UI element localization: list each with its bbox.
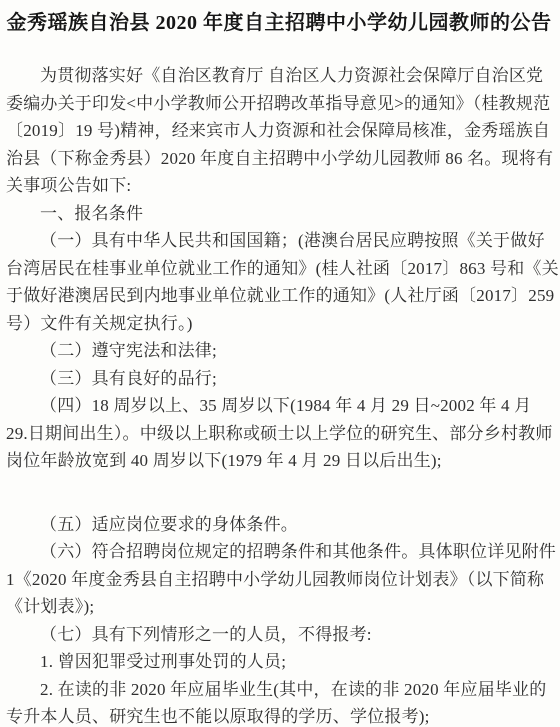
text-line: 29.日期间出生）。中级以上职称或硕士以上学位的研究生、部分乡村教师 [6,420,552,448]
text-line: 号）文件有关规定执行。) [6,310,552,338]
text-line: （六）符合招聘岗位规定的招聘条件和其他条件。具体职位详见附件 [6,538,552,566]
text-line: 岗位年龄放宽到 40 周岁以下(1979 年 4 月 29 日以后出生); [6,447,552,475]
text-line: （五）适应岗位要求的身体条件。 [6,511,552,539]
text-line: 1. 曾因犯罪受过刑事处罚的人员; [6,648,552,676]
text-line: 2. 在读的非 2020 年应届毕业生(其中，在读的非 2020 年应届毕业的 [6,676,552,704]
text-line: （二）遵守宪法和法律; [6,337,552,365]
document-title: 金秀瑶族自治县 2020 年度自主招聘中小学幼儿园教师的公告 [6,8,552,38]
text-line: 为贯彻落实好《自治区教育厅 自治区人力资源社会保障厅自治区党 [6,62,552,90]
text-line: 委编办关于印发<中小学教师公开招聘改革指导意见>的通知》（桂教规范 [6,90,552,118]
text-line: （四）18 周岁以上、35 周岁以下(1984 年 4 月 29 日~2002 … [6,392,552,420]
text-line: （一）具有中华人民共和国国籍；(港澳台居民应聘按照《关于做好 [6,227,552,255]
announcement-page: 金秀瑶族自治县 2020 年度自主招聘中小学幼儿园教师的公告 为贯彻落实好《自治… [0,0,560,727]
text-line: （三）具有良好的品行; [6,365,552,393]
text-line: 1《2020 年度金秀县自主招聘中小学幼儿园教师岗位计划表》（以下简称 [6,566,552,594]
text-line: 台湾居民在桂事业单位就业工作的通知》(桂人社函〔2017〕863 号和《关 [6,255,552,283]
text-line: 治县（下称金秀县）2020 年度自主招聘中小学幼儿园教师 86 名。现将有 [6,145,552,173]
blank-line [6,475,552,511]
section-heading: 一、报名条件 [6,200,552,228]
text-line: 专升本人员、研究生也不能以原取得的学历、学位报考); [6,703,552,727]
text-line: 关事项公告如下: [6,172,552,200]
text-line: 于做好港澳居民到内地事业单位就业工作的通知》(人社厅函〔2017〕259 [6,282,552,310]
text-line: 〔2019〕19 号)精神，经来宾市人力资源和社会保障局核准，金秀瑶族自 [6,117,552,145]
document-body: 为贯彻落实好《自治区教育厅 自治区人力资源社会保障厅自治区党 委编办关于印发<中… [6,62,552,727]
text-line: （七）具有下列情形之一的人员，不得报考: [6,621,552,649]
text-line: 《计划表》); [6,593,552,621]
